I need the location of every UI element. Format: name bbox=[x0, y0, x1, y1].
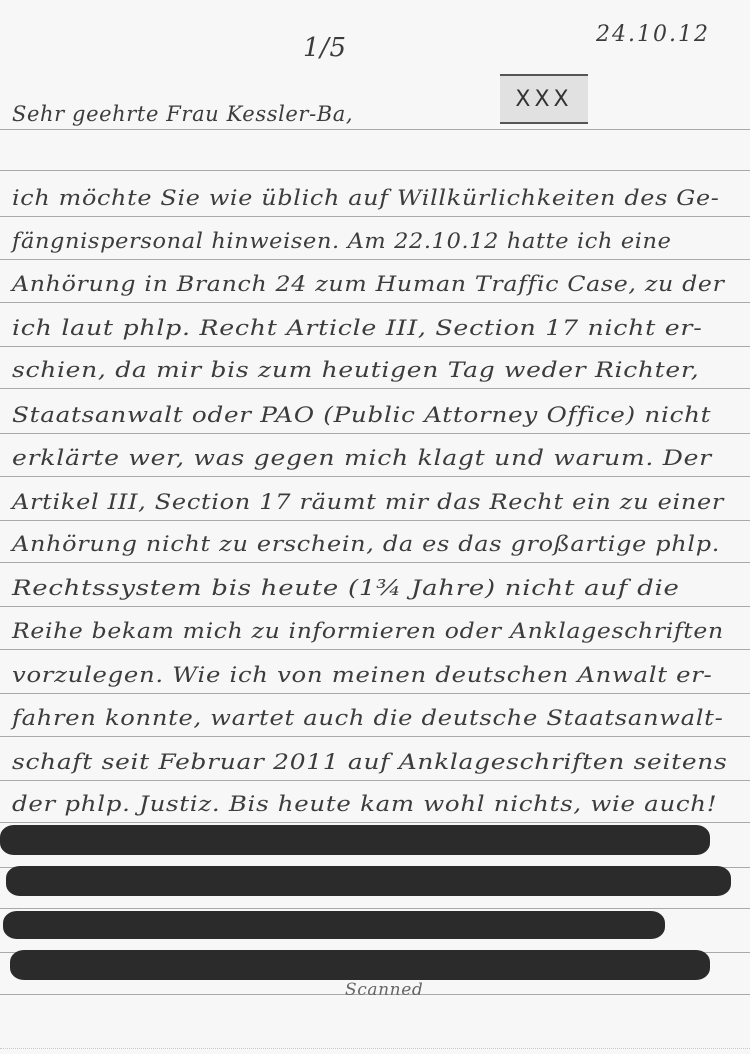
ruling-line bbox=[0, 780, 750, 781]
redaction-bar bbox=[6, 866, 731, 896]
letter-line: ich möchte Sie wie üblich auf Willkürlic… bbox=[12, 186, 720, 210]
redaction-bar bbox=[0, 825, 710, 855]
ruling-line bbox=[0, 170, 750, 171]
letter-line: Rechtssystem bis heute (1¾ Jahre) nicht … bbox=[12, 576, 680, 600]
ruling-line bbox=[0, 822, 750, 823]
letter-line: schaft seit Februar 2011 auf Anklageschr… bbox=[12, 750, 727, 774]
ruling-line bbox=[0, 388, 750, 389]
letter-line: fahren konnte, wartet auch die deutsche … bbox=[12, 706, 723, 730]
letter-line: Reihe bekam mich zu informieren oder Ank… bbox=[12, 619, 724, 643]
letter-line: Artikel III, Section 17 räumt mir das Re… bbox=[12, 490, 724, 514]
letter-line: Anhörung nicht zu erschein, da es das gr… bbox=[12, 532, 720, 556]
scanned-note: Scanned bbox=[345, 980, 423, 1000]
redaction-bar bbox=[10, 950, 710, 980]
bottom-dotted-edge bbox=[0, 1048, 750, 1049]
ruling-line bbox=[0, 649, 750, 650]
ruling-line bbox=[0, 736, 750, 737]
ruling-line bbox=[0, 216, 750, 217]
page-number: 1/5 bbox=[303, 33, 347, 63]
redaction-bar bbox=[3, 911, 665, 939]
redaction-stamp: XXX bbox=[500, 74, 588, 124]
letter-line: erklärte wer, was gegen mich klagt und w… bbox=[12, 446, 712, 470]
ruling-line bbox=[0, 562, 750, 563]
salutation: Sehr geehrte Frau Kessler-Ba, bbox=[12, 102, 353, 126]
ruling-line bbox=[0, 693, 750, 694]
letter-line: Staatsanwalt oder PAO (Public Attorney O… bbox=[12, 403, 711, 427]
ruling-line bbox=[0, 302, 750, 303]
letter-line: der phlp. Justiz. Bis heute kam wohl nic… bbox=[12, 792, 717, 816]
ruling-line bbox=[0, 908, 750, 909]
ruling-line bbox=[0, 606, 750, 607]
ruling-line bbox=[0, 259, 750, 260]
letter-line: fängnispersonal hinweisen. Am 22.10.12 h… bbox=[12, 229, 672, 253]
ruling-line bbox=[0, 476, 750, 477]
letter-line: vorzulegen. Wie ich von meinen deutschen… bbox=[12, 663, 712, 687]
ruling-line bbox=[0, 346, 750, 347]
letter-line: Anhörung in Branch 24 zum Human Traffic … bbox=[12, 272, 725, 296]
letter-date: 24.10.12 bbox=[596, 22, 710, 47]
letter-line: schien, da mir bis zum heutigen Tag wede… bbox=[12, 358, 699, 382]
letter-page: 1/5 24.10.12 Sehr geehrte Frau Kessler-B… bbox=[0, 0, 750, 1054]
ruling-line bbox=[0, 433, 750, 434]
letter-line: ich laut phlp. Recht Article III, Sectio… bbox=[12, 316, 702, 340]
ruling-line bbox=[0, 129, 750, 130]
ruling-line bbox=[0, 520, 750, 521]
